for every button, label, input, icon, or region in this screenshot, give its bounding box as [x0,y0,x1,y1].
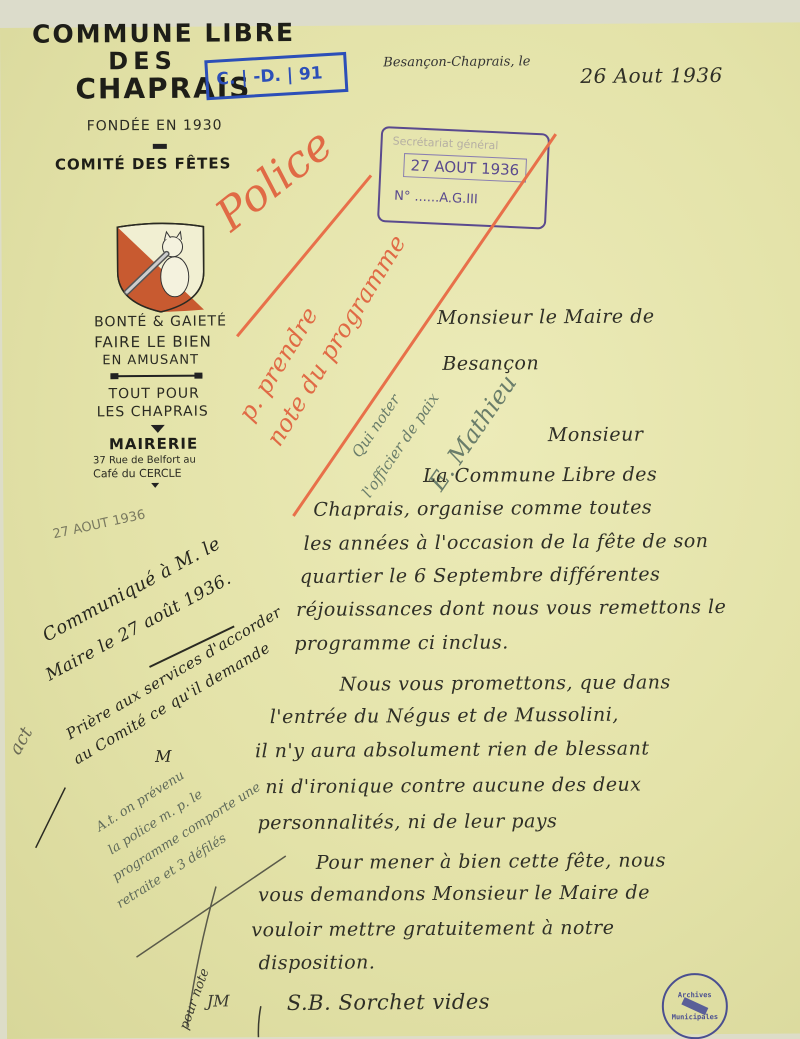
body-line: Nous vous promettons, que dans [340,671,671,695]
body-line: les années à l'occasion de la fête de so… [304,530,709,555]
body-line: personnalités, ni de leur pays [257,810,557,834]
archive-seal-bottom: Municipales [672,1013,718,1021]
addressee-line1: Monsieur le Maire de [437,305,655,329]
salutation: Monsieur [548,424,644,447]
body-line: vouloir mettre gratuitement à notre [251,917,614,942]
body-line: réjouissances dont nous vous remettons l… [296,596,726,621]
body-line: Pour mener à bien cette fête, nous [316,849,666,873]
body-line: l'entrée du Négus et de Mussolini, [270,704,619,728]
bottom-initials: JM [207,991,230,1010]
body-line: ni d'ironique contre aucune des deux [265,774,641,799]
letter-sheet: COMMUNE LIBRE DES CHAPRAIS FONDÉE EN 193… [0,22,800,1039]
body-line: La Commune Libre des [423,463,657,487]
body-line: il n'y aura absolument rien de blessant [255,737,650,762]
body-line: Chaprais, organise comme toutes [313,496,652,520]
signature: S.B. Sorchet vides [287,990,490,1015]
addressee-line2: Besançon [442,352,539,375]
archive-seal: Archives Municipales [662,973,728,1039]
body-line: quartier le 6 Septembre différentes [300,563,661,588]
initials: M [155,747,172,766]
body-line: programme ci inclus. [294,631,509,654]
body-line: vous demandons Monsieur le Maire de [258,881,650,906]
body-line: disposition. [258,951,375,974]
